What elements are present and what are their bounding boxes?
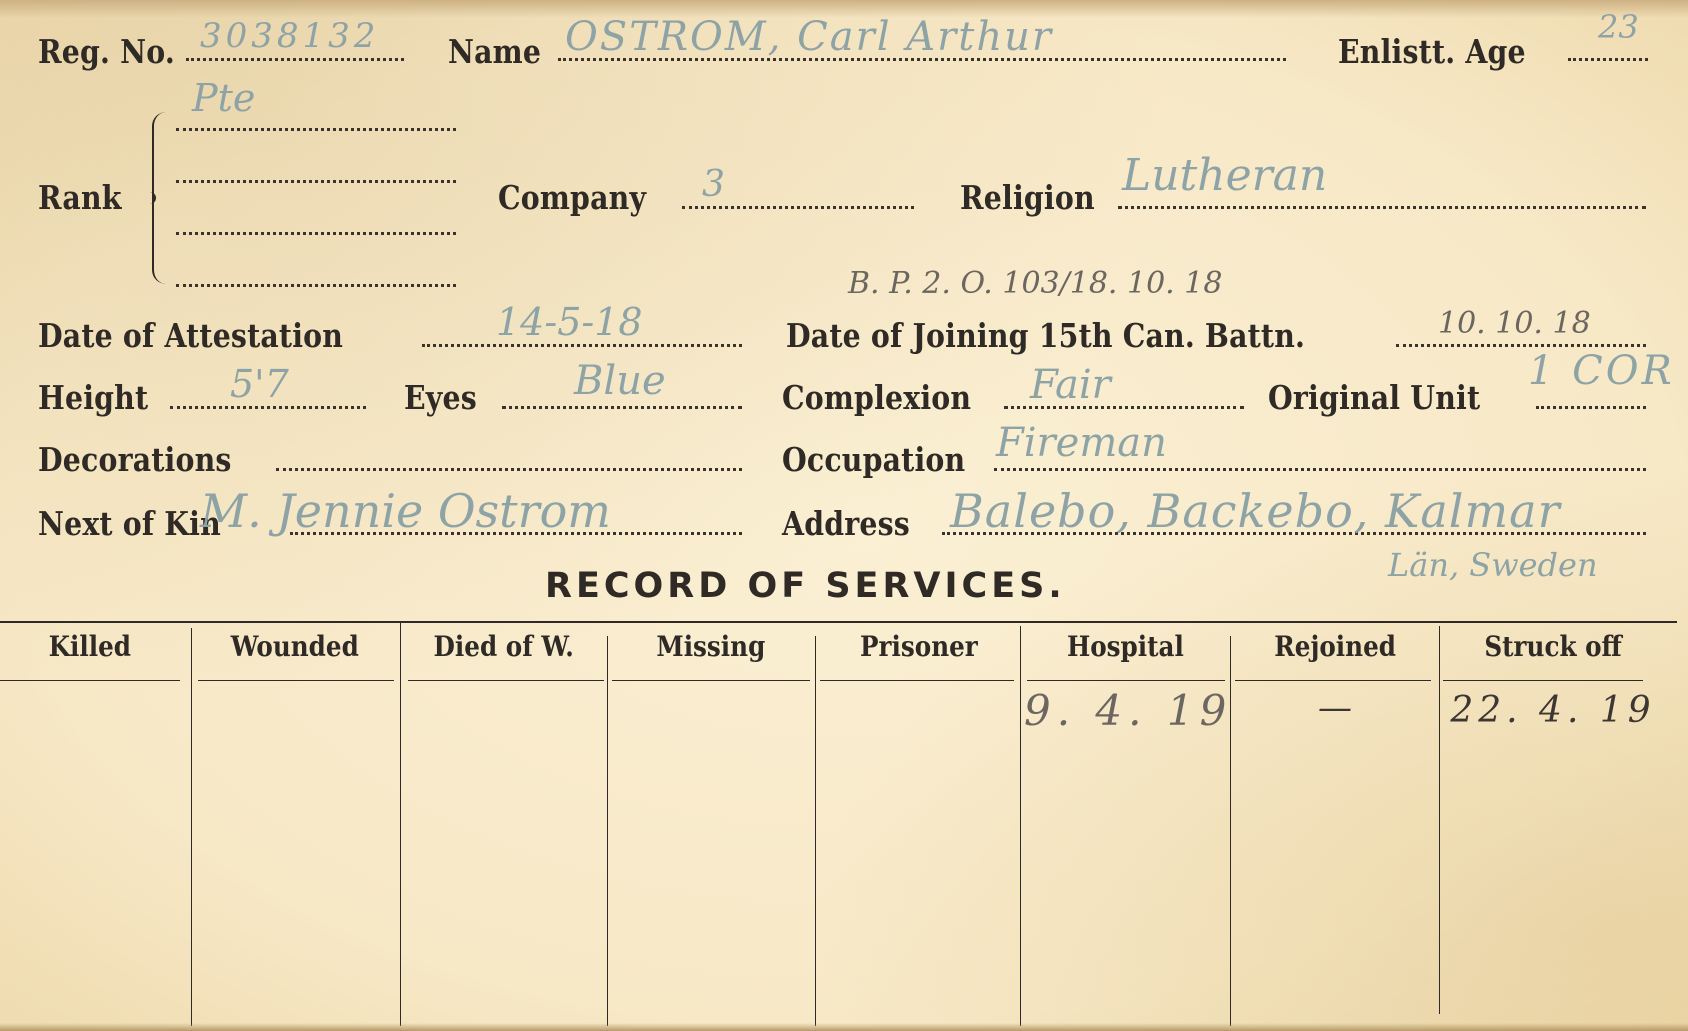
company-label: Company — [498, 178, 646, 217]
record-of-services-heading: RECORD OF SERVICES. — [545, 566, 1066, 606]
cell-hospital: 9. 4. 19 — [1024, 686, 1226, 735]
column-header-struck-off: Struck off — [1443, 630, 1663, 663]
decorations-label: Decorations — [38, 440, 232, 479]
header-underline — [408, 680, 604, 681]
name-value: OSTROM, Carl Arthur — [565, 14, 1053, 60]
next-of-kin-label: Next of Kin — [38, 504, 221, 543]
original-unit-label: Original Unit — [1268, 378, 1480, 417]
header-underline — [1235, 680, 1431, 681]
column-divider — [191, 628, 192, 1026]
rank-line-4 — [176, 284, 456, 287]
rank-line-3 — [176, 232, 456, 235]
column-header-rejoined: Rejoined — [1234, 630, 1436, 663]
date-of-attestation-value: 14-5-18 — [496, 300, 643, 344]
height-label: Height — [38, 378, 148, 417]
column-header-hospital: Hospital — [1024, 630, 1226, 663]
column-divider — [815, 636, 816, 1026]
religion-dotted-line — [1118, 206, 1646, 209]
column-divider — [607, 636, 608, 1026]
occupation-value: Fireman — [996, 420, 1167, 466]
column-divider — [400, 622, 401, 1026]
rank-label: Rank — [38, 178, 122, 217]
company-dotted-line — [682, 206, 914, 209]
original-unit-value: 1 COR — [1528, 348, 1675, 394]
header-underline — [820, 680, 1014, 681]
enlist-age-label: Enlistt. Age — [1338, 32, 1526, 71]
column-divider — [1020, 626, 1021, 1026]
column-divider — [1439, 626, 1440, 1014]
occupation-dotted-line — [994, 468, 1646, 471]
occupation-label: Occupation — [782, 440, 965, 479]
rank-value: Pte — [192, 76, 255, 120]
reg-no-label: Reg. No. — [38, 32, 175, 71]
column-header-killed: Killed — [0, 630, 180, 663]
next-of-kin-value: M. Jennie Ostrom — [200, 484, 611, 538]
posting-annotation: B. P. 2. O. 103/18. 10. 18 — [848, 266, 1222, 301]
address-value: Balebo, Backebo, Kalmar — [950, 484, 1561, 538]
rank-line-1 — [176, 128, 456, 131]
date-of-joining-dotted-line — [1396, 344, 1646, 347]
enlist-age-dotted-line — [1568, 58, 1648, 61]
complexion-label: Complexion — [782, 378, 971, 417]
decorations-dotted-line — [276, 468, 742, 471]
header-underline — [612, 680, 810, 681]
enlist-age-value: 23 — [1598, 8, 1639, 46]
reg-no-dotted-line — [186, 58, 404, 61]
height-value: 5'7 — [230, 362, 289, 406]
header-underline — [0, 680, 180, 681]
address-value-line2: Län, Sweden — [1388, 546, 1598, 584]
column-header-prisoner: Prisoner — [819, 630, 1019, 663]
header-underline — [1443, 680, 1643, 681]
service-record-card: Reg. No. 3038132 Name OSTROM, Carl Arthu… — [0, 0, 1688, 1031]
date-of-joining-value: 10. 10. 18 — [1438, 306, 1591, 341]
original-unit-dotted-line — [1536, 406, 1646, 409]
company-value: 3 — [702, 164, 725, 205]
column-header-missing: Missing — [611, 630, 811, 663]
height-dotted-line — [170, 406, 366, 409]
religion-value: Lutheran — [1122, 150, 1327, 201]
header-underline — [198, 680, 394, 681]
cell-struck-off: 22. 4. 19 — [1443, 690, 1663, 731]
address-label: Address — [782, 504, 910, 543]
header-underline — [1027, 680, 1225, 681]
rank-line-2 — [176, 180, 456, 183]
record-table-top-rule — [0, 621, 1677, 623]
date-of-joining-label: Date of Joining 15th Can. Battn. — [786, 316, 1305, 355]
eyes-label: Eyes — [404, 378, 477, 417]
date-of-attestation-dotted-line — [422, 344, 742, 347]
religion-label: Religion — [960, 178, 1095, 217]
cell-rejoined: — — [1234, 688, 1436, 728]
reg-no-value: 3038132 — [200, 16, 379, 56]
complexion-value: Fair — [1030, 362, 1111, 408]
date-of-attestation-label: Date of Attestation — [38, 316, 343, 355]
column-header-died-of-wounds: Died of W. — [404, 630, 604, 663]
eyes-value: Blue — [574, 358, 666, 404]
column-header-wounded: Wounded — [195, 630, 395, 663]
name-label: Name — [448, 32, 541, 71]
eyes-dotted-line — [502, 406, 742, 409]
